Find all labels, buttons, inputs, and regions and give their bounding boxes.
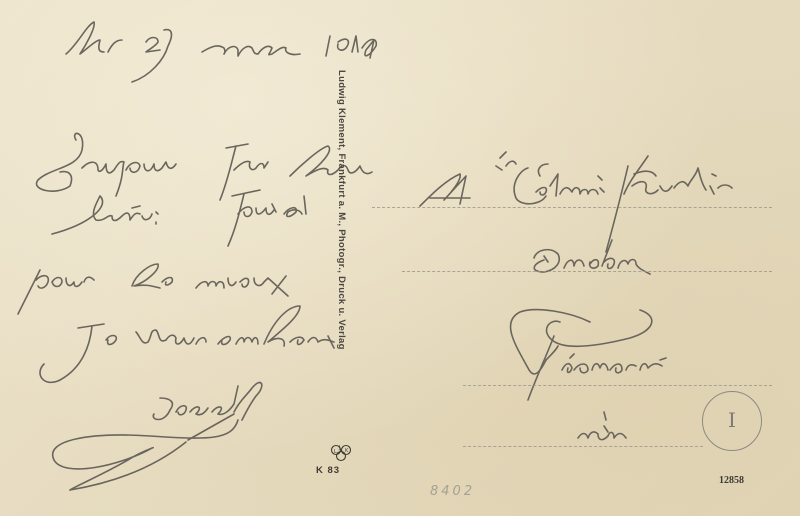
address-line-rule-1: [372, 207, 772, 208]
svg-text:L: L: [334, 449, 337, 455]
publisher-logo-icon: J K L: [328, 442, 354, 462]
address-line-rule-4: [463, 446, 703, 447]
postcard-back: le 25 mars 1919 Toujours très bonne sant…: [0, 0, 800, 516]
publisher-imprint: Ludwig Klement, Frankfurt a. M., Photogr…: [327, 70, 347, 410]
handwriting-strokes: [0, 0, 800, 516]
circled-mark-label: I: [703, 408, 761, 432]
svg-text:J: J: [338, 445, 340, 451]
address-line-rule-2: [402, 271, 772, 272]
pencil-note: 8402: [430, 484, 475, 499]
serial-number: 12858: [719, 475, 744, 486]
svg-text:K: K: [345, 448, 349, 454]
publisher-code: K 83: [316, 465, 340, 476]
circled-mark: I: [702, 391, 762, 451]
address-line-rule-3: [463, 385, 772, 386]
